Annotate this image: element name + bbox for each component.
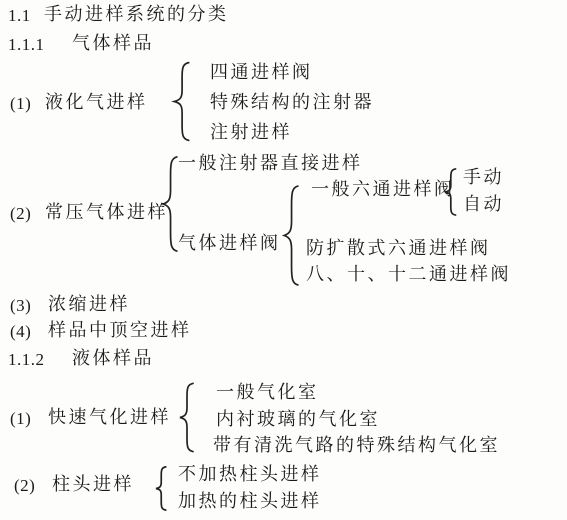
branch-item: 防扩散式六通进样阀	[306, 239, 491, 258]
heading-1-1-1-number: 1.1.1	[8, 35, 45, 54]
liquid-item2-number: (2)	[14, 476, 35, 495]
heading-1-1-title: 手动进样系统的分类	[44, 5, 229, 24]
heading-1-1-number: 1.1	[8, 6, 31, 25]
heading-1-1-1-title: 气体样品	[72, 34, 154, 53]
branch-item: 八、十、十二通进样阀	[306, 265, 511, 284]
gas-item2-label: 常压气体进样	[45, 203, 168, 222]
curly-brace-icon	[170, 61, 192, 142]
branch-item: 四通进样阀	[210, 63, 313, 82]
branch-item: 一般气化室	[216, 383, 319, 402]
gas-item3-label: 浓缩进样	[48, 295, 130, 314]
branch-item: 带有清洗气路的特殊结构气化室	[213, 436, 500, 455]
liquid-item1-number: (1)	[10, 409, 31, 428]
gas-item1-label: 液化气进样	[45, 93, 148, 112]
branch-item: 特殊结构的注射器	[210, 93, 374, 112]
curly-brace-icon	[176, 382, 196, 453]
branch-item: 内衬玻璃的气化室	[216, 410, 380, 429]
heading-1-1-2-title: 液体样品	[72, 349, 154, 368]
liquid-item1-label: 快速气化进样	[48, 408, 171, 427]
gas-item3-number: (3)	[10, 296, 31, 315]
gas-item4-number: (4)	[10, 322, 31, 341]
gas-item2-number: (2)	[10, 204, 31, 223]
liquid-item2-label: 柱头进样	[52, 475, 134, 494]
heading-1-1-2-number: 1.1.2	[8, 350, 45, 369]
branch-item: 一般六通进样阀	[311, 180, 455, 199]
branch-item: 手动	[463, 168, 504, 187]
branch-item: 自动	[463, 195, 504, 214]
curly-brace-icon	[153, 466, 168, 511]
curly-brace-icon	[442, 168, 458, 216]
branch-item: 气体进样阀	[178, 234, 281, 253]
branch-item: 不加热柱头进样	[178, 465, 322, 484]
branch-item: 注射进样	[210, 123, 292, 142]
gas-item4-label: 样品中顶空进样	[48, 321, 192, 340]
gas-item1-number: (1)	[10, 94, 31, 113]
branch-item: 加热的柱头进样	[178, 492, 322, 511]
scanned-document-page: 1.1 手动进样系统的分类 1.1.1 气体样品 (1) 液化气进样 四通进样阀…	[0, 0, 567, 520]
curly-brace-icon	[159, 155, 180, 253]
curly-brace-icon	[280, 184, 301, 287]
branch-item: 一般注射器直接进样	[178, 154, 363, 173]
